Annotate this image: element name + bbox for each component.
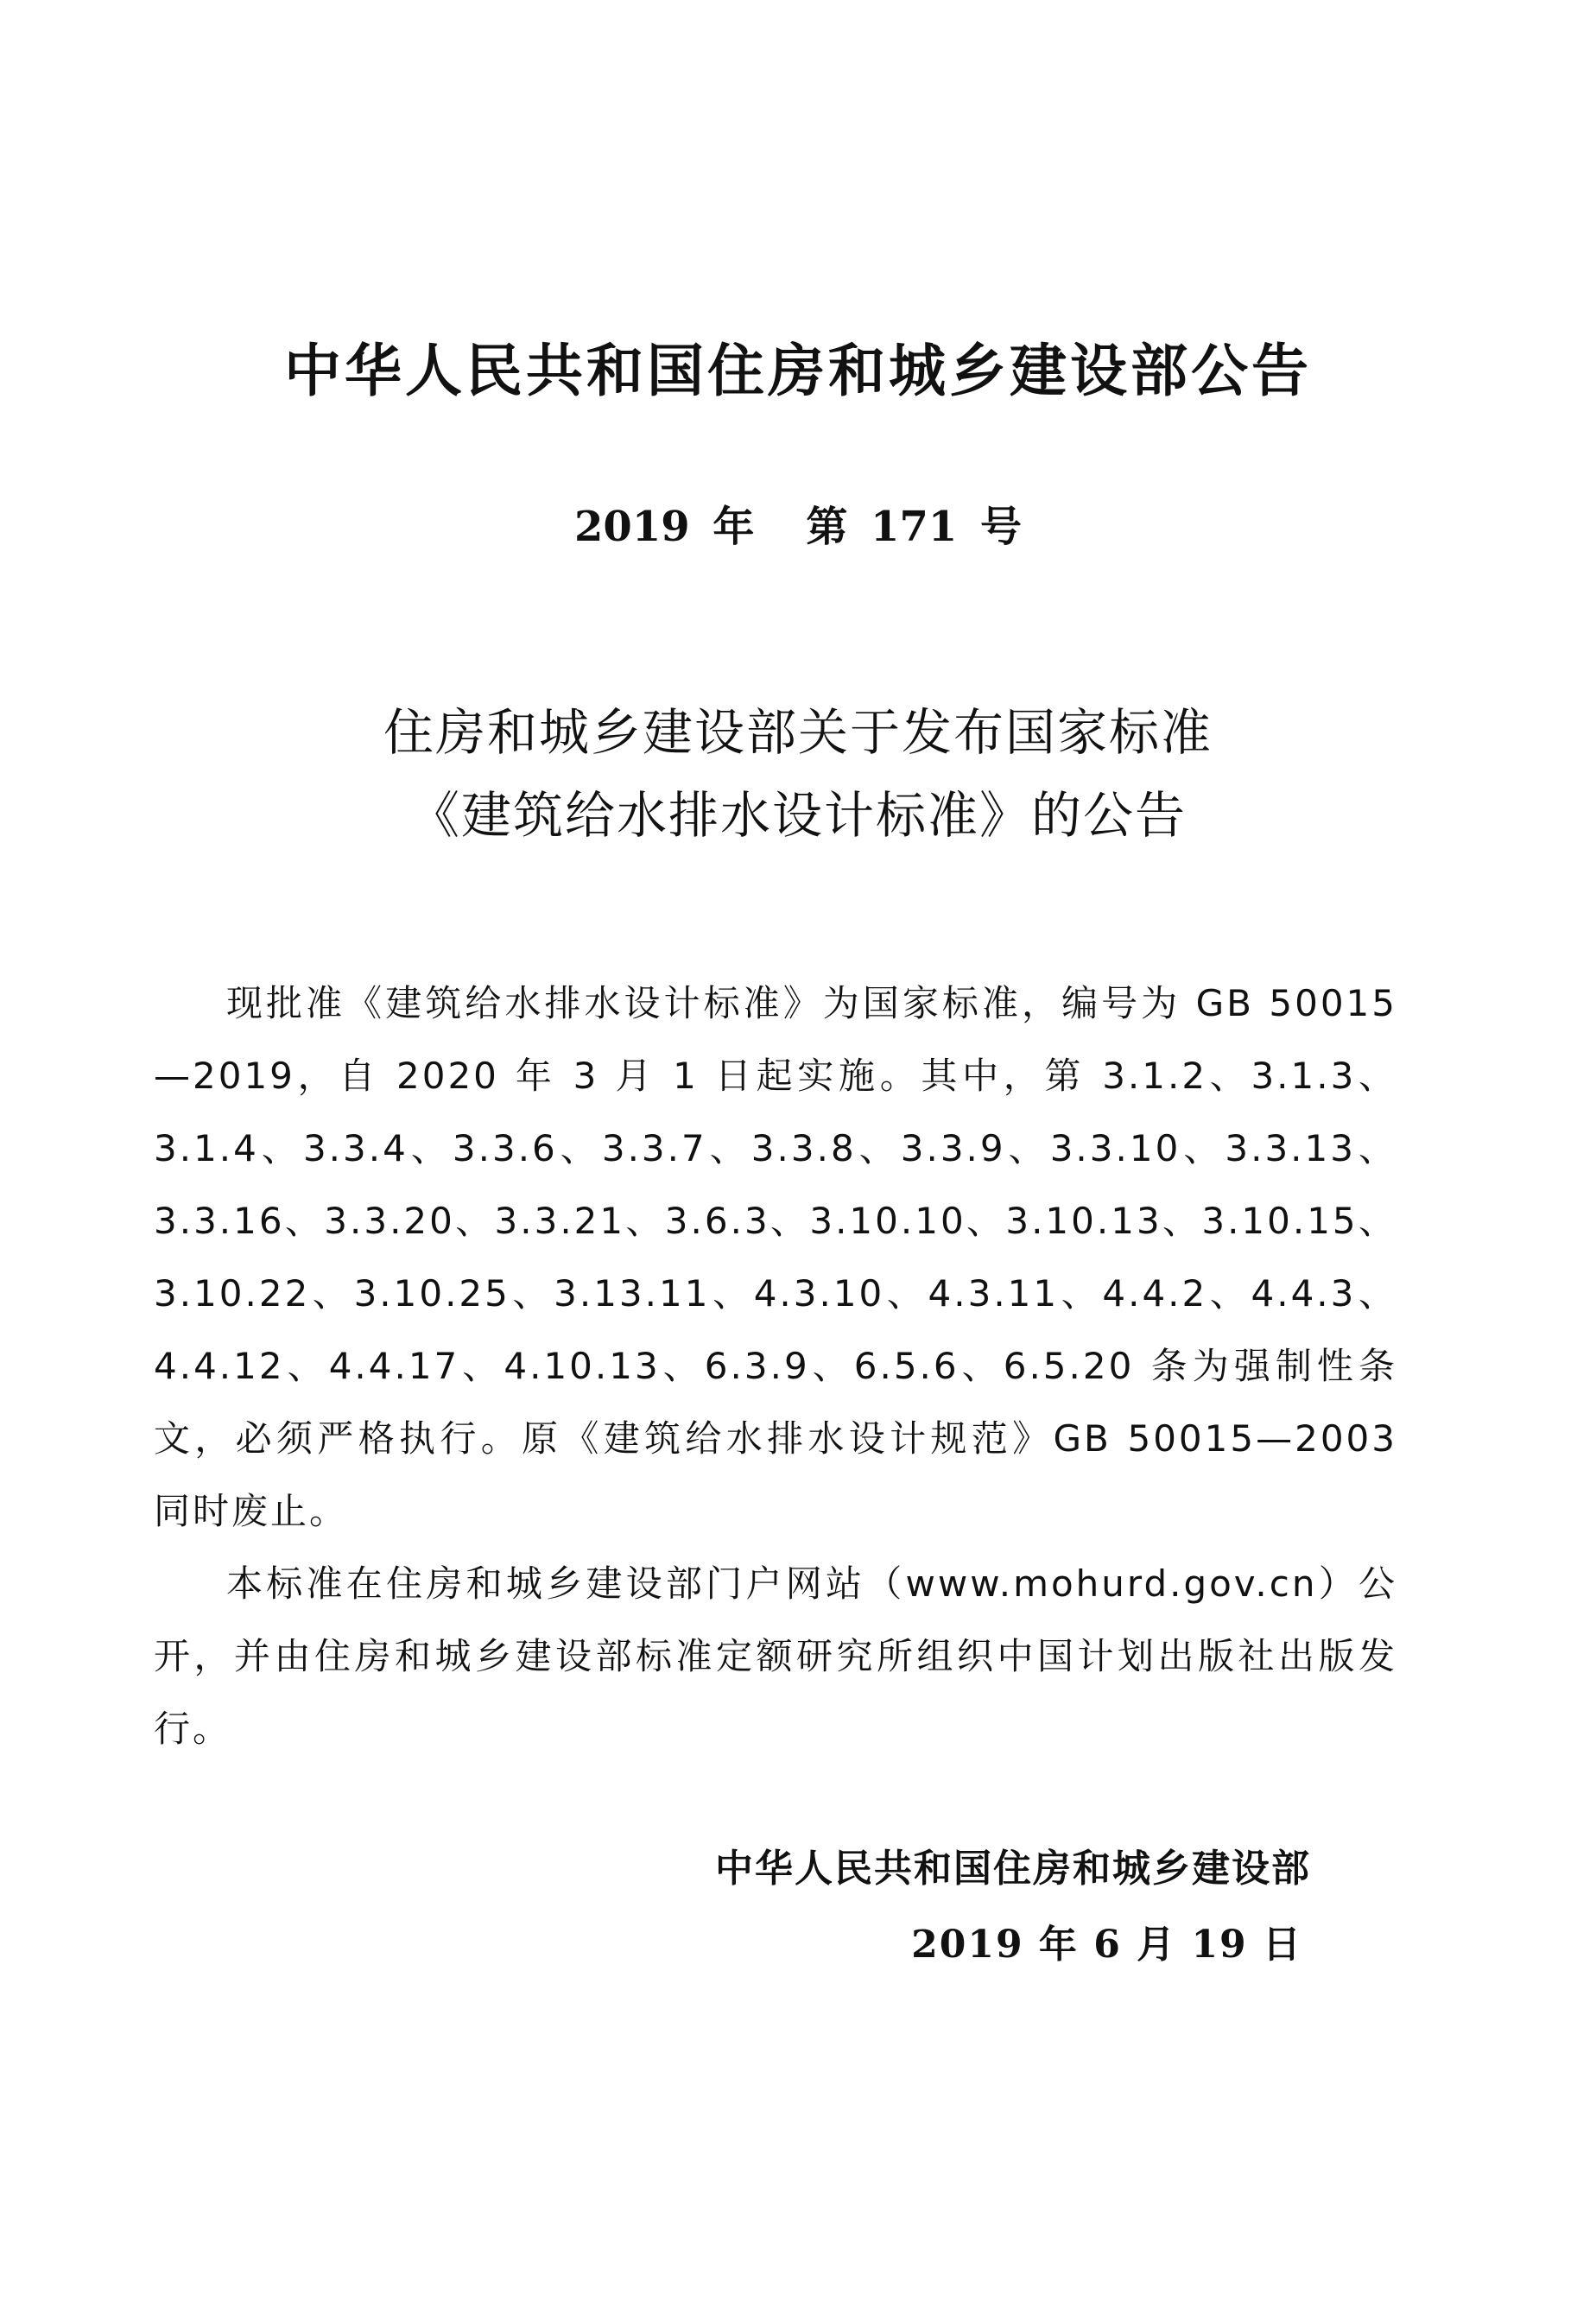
announcement-header-title: 中华人民共和国住房和城乡建设部公告 xyxy=(0,333,1596,410)
announcement-body: 现批准《建筑给水排水设计标准》为国家标准，编号为 GB 50015—2019，自… xyxy=(154,967,1397,1765)
announcement-subtitle: 住房和城乡建设部关于发布国家标准 《建筑给水排水设计标准》的公告 xyxy=(0,691,1596,857)
signature-block: 中华人民共和国住房和城乡建设部 2019 年 6 月 19 日 xyxy=(715,1831,1311,1983)
issue-year: 2019 年 xyxy=(574,503,754,551)
body-paragraph-approval: 现批准《建筑给水排水设计标准》为国家标准，编号为 GB 50015—2019，自… xyxy=(154,967,1397,1548)
issue-date: 2019 年 6 月 19 日 xyxy=(715,1907,1311,1983)
subtitle-line-2: 《建筑给水排水设计标准》的公告 xyxy=(0,774,1596,857)
issue-number-label: 第 171 号 xyxy=(806,503,1022,551)
announcement-page: 中华人民共和国住房和城乡建设部公告 2019 年第 171 号 住房和城乡建设部… xyxy=(0,0,1596,2313)
issue-number: 2019 年第 171 号 xyxy=(0,497,1596,557)
subtitle-line-1: 住房和城乡建设部关于发布国家标准 xyxy=(0,691,1596,774)
body-paragraph-publication: 本标准在住房和城乡建设部门户网站（www.mohurd.gov.cn）公开，并由… xyxy=(154,1548,1397,1765)
issuer-name: 中华人民共和国住房和城乡建设部 xyxy=(715,1831,1311,1907)
